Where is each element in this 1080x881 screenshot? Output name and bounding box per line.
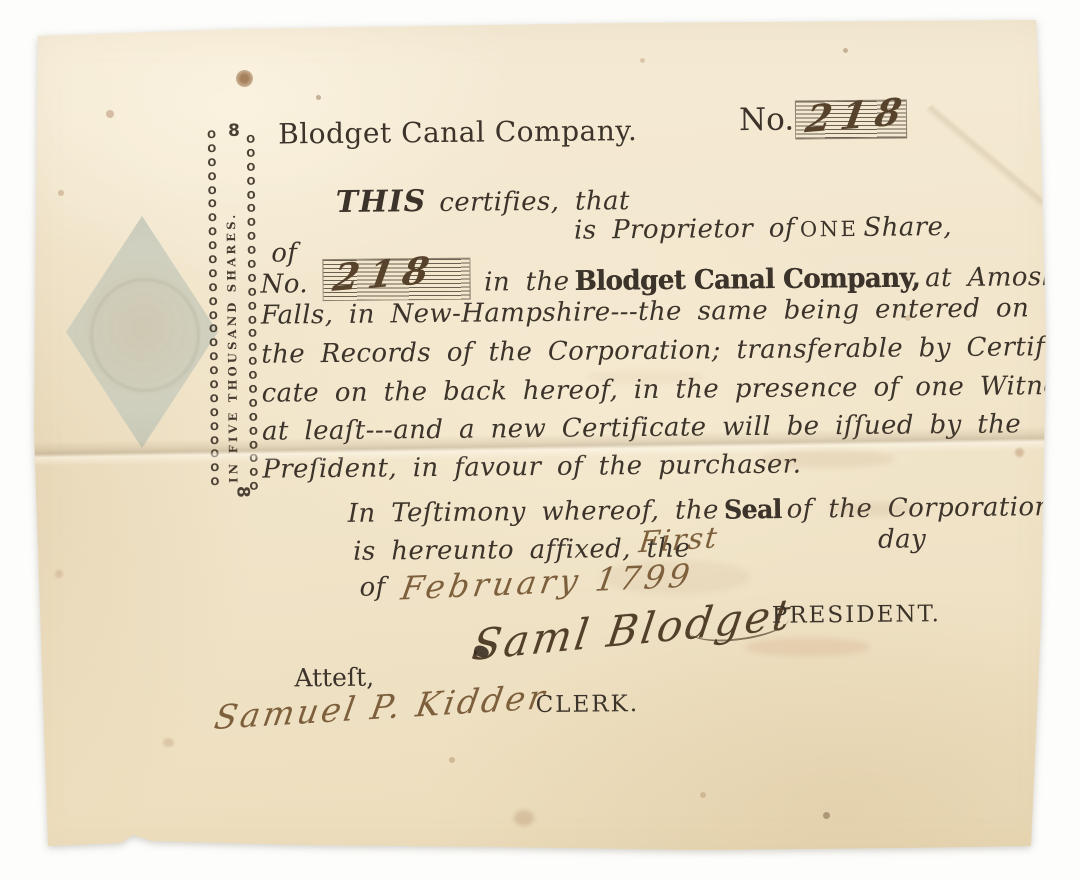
certifies-line: THIS certifies, that [336,182,630,220]
body-line-falls: Falls, in New-Hampshire---the same being… [261,293,1030,330]
border-eight-top: 8 [228,121,240,141]
clerk-label: CLERK. [536,691,640,718]
share-number-hatch-box: 218 [323,259,469,300]
certificate-paper: OOOOOOOOOOOOOOOOOOOOOOOOOO OOOOOOOOOOOOO… [0,0,1080,881]
number-hatch-box: 218 [796,100,906,138]
paper-shadow-wrap: OOOOOOOOOOOOOOOOOOOOOOOOOO OOOOOOOOOOOOO… [0,0,1080,881]
one-share-caps: ONE [800,217,859,242]
share-number-value: 218 [329,247,440,300]
certificate-number-label: No. [739,102,794,139]
president-label: PRESIDENT. [772,601,941,629]
share-no-label: No. [260,269,308,299]
day-word: day [878,524,926,554]
company-pre: in the [484,267,570,298]
certificate-number-box: 218 [796,100,906,138]
proprietor-pre: is Proprietor of [574,214,795,246]
border-eight-bottom: 8 [232,486,252,498]
share-border-ornament: OOOOOOOOOOOOOOOOOOOOOOOOOO OOOOOOOOOOOOO… [0,0,1076,5]
border-shares-text: IN FIVE THOUSAND SHARES. [223,143,240,483]
body-line-records: the Records of the Corporation; transfer… [261,332,1063,370]
day-written-value: First [637,520,721,559]
this-word: THIS [336,184,427,220]
body-line-cate: cate on the back hereof, in the presence… [261,371,1080,409]
certificate-number-value: 218 [802,88,913,141]
testimony-post: of the Corporation [787,492,1052,525]
photographed-certificate-scene: OOOOOOOOOOOOOOOOOOOOOOOOOO OOOOOOOOOOOOO… [0,0,1080,881]
certifies-rest: certifies, that [439,186,630,218]
seal-word-blackletter: Seal [724,494,782,525]
chain-column-left: OOOOOOOOOOOOOOOOOOOOOOOOOO [207,130,219,488]
company-name-blackletter: Blodget Canal Company, [574,263,920,298]
company-title: Blodget Canal Company. [278,114,637,150]
clerk-signature: Samuel P. Kidder [212,677,551,737]
date-of-word: of [359,572,385,602]
